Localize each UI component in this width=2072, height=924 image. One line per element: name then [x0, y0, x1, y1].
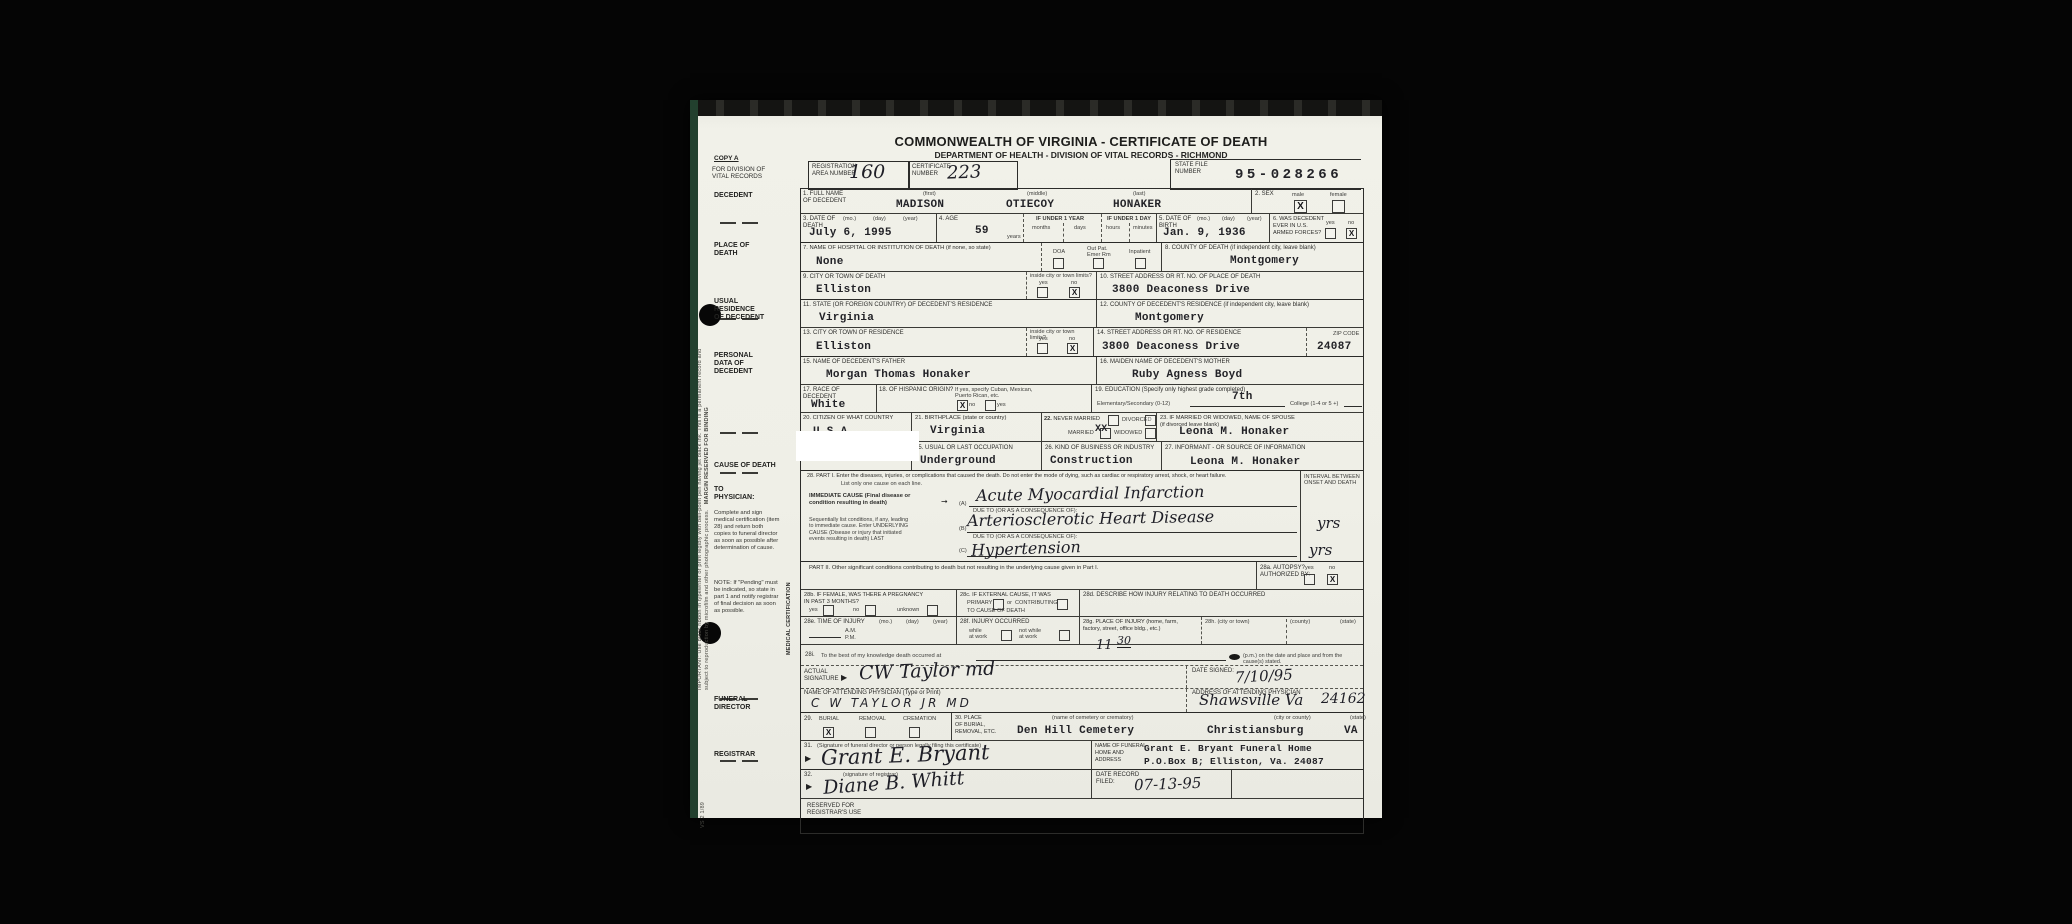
- funeral-home-name: Grant E. Bryant Funeral Home: [1144, 743, 1312, 754]
- armed-forces-label: 6. WAS DECEDENT EVER IN U.S. ARMED FORCE…: [1273, 216, 1324, 236]
- external-cause-label: 28c. IF EXTERNAL CAUSE, IT WAS: [960, 592, 1051, 599]
- field-date-filed: DATE RECORD FILED: 07-13-95: [1091, 770, 1231, 798]
- row-reserved: RESERVED FOR REGISTRAR'S USE: [801, 798, 1363, 833]
- row-residence-state: 11. STATE (OR FOREIGN COUNTRY) OF DECEDE…: [801, 299, 1363, 327]
- removal-sub: REMOVAL: [859, 716, 886, 722]
- limits-death-yes-sub: yes: [1039, 280, 1048, 286]
- mother-label: 16. MAIDEN NAME OF DECEDENT'S MOTHER: [1100, 359, 1230, 366]
- residence-state-label: 11. STATE (OR FOREIGN COUNTRY) OF DECEDE…: [803, 302, 992, 309]
- field-zip: ZIP CODE 24087: [1306, 328, 1363, 356]
- state-file-value: 95-028266: [1235, 167, 1342, 183]
- field-disposition: 29. BURIAL REMOVAL CREMATION X: [801, 713, 951, 740]
- form-code: VS 2 1/89: [700, 768, 707, 828]
- cause-c-value: Hypertension: [971, 537, 1081, 560]
- primary-sub: PRIMARY: [967, 600, 992, 606]
- pregnancy-unknown-checkbox: [927, 605, 938, 616]
- cremation-sub: CREMATION: [903, 716, 936, 722]
- burial-checkbox: X: [823, 727, 834, 738]
- pointer-icon: ▶: [806, 782, 812, 791]
- field-county-of-death: 8. COUNTY OF DEATH (if independent city,…: [1161, 243, 1363, 271]
- field-full-name: 1. FULL NAME OF DECEDENT (first) (middle…: [801, 189, 1251, 213]
- married-xx-mark: XX: [1095, 424, 1108, 435]
- first-name-value: MADISON: [896, 199, 944, 211]
- date-signed-value: 7/10/95: [1235, 665, 1294, 686]
- or-sub: or: [1007, 600, 1012, 606]
- field-sex: 2. SEX male female X: [1251, 189, 1363, 213]
- field-residence-city: 13. CITY OR TOWN OF RESIDENCE Elliston: [801, 328, 1026, 356]
- field-residence-county: 12. COUNTY OF DECEDENT'S RESIDENCE (if i…: [1096, 300, 1363, 327]
- field-birthplace: 21. BIRTHPLACE (state or country) Virgin…: [911, 413, 1041, 441]
- industry-value: Construction: [1050, 455, 1133, 467]
- part1-text2: List only one cause on each line.: [841, 481, 922, 487]
- under1day-label: IF UNDER 1 DAY: [1107, 216, 1151, 222]
- zip-label: ZIP CODE: [1333, 331, 1359, 337]
- never-married-checkbox: [1108, 415, 1119, 426]
- section-personal-data: PERSONAL DATA OF DECEDENT: [714, 352, 753, 376]
- limits-death-no-sub: no: [1071, 280, 1077, 286]
- burial-city-value: Christiansburg: [1207, 725, 1304, 737]
- cemetery-sub: (name of cemetery or crematory): [1052, 715, 1133, 721]
- last-sub: (last): [1133, 191, 1145, 197]
- hispanic-sub: If yes, specify Cuban, Mexican, Puerto R…: [955, 387, 1032, 400]
- burial-state-sub: (state): [1350, 715, 1366, 721]
- informant-label: 27. INFORMANT - OR SOURCE OF INFORMATION: [1165, 445, 1305, 452]
- field-occupation: 25. USUAL OR LAST OCCUPATION Underground: [911, 442, 1041, 470]
- injury-mo-sub: (mo.): [879, 619, 892, 625]
- row-race-education: 17. RACE OF DECEDENT White 18. OF HISPAN…: [801, 384, 1363, 412]
- statement-number: 28i.: [805, 652, 815, 659]
- limits-res-no-checkbox: X: [1067, 343, 1078, 354]
- row-signature: ACTUAL SIGNATURE ▶ CW Taylor md DATE SIG…: [801, 665, 1363, 688]
- residence-street-label: 14. STREET ADDRESS OR RT. NO. OF RESIDEN…: [1097, 330, 1241, 337]
- reserved-label: RESERVED FOR REGISTRAR'S USE: [807, 803, 861, 817]
- forces-yes-checkbox: [1325, 228, 1336, 239]
- autopsy-no-sub: no: [1329, 565, 1335, 571]
- row-burial: 29. BURIAL REMOVAL CREMATION X 30. PLACE…: [801, 712, 1363, 740]
- row-part2: PART II. Other significant conditions co…: [801, 561, 1363, 589]
- burial-city-sub: (city or county): [1274, 715, 1311, 721]
- city-death-value: Elliston: [816, 284, 871, 296]
- never-married-text: NEVER MARRIED: [1053, 416, 1100, 422]
- registration-area-box: REGISTRATION AREA NUMBER 160: [808, 161, 910, 190]
- pointer-icon: ▶: [805, 754, 811, 763]
- months-sub: months: [1032, 225, 1050, 231]
- birthplace-value: Virginia: [930, 425, 985, 437]
- never-married-sub: 22. NEVER MARRIED: [1044, 416, 1100, 423]
- injury-state-sub: (state): [1340, 619, 1356, 625]
- to-cause-sub: TO CAUSE OF DEATH: [967, 608, 1025, 614]
- field-city-limits-residence: inside city or town limits? yes no X: [1026, 328, 1093, 356]
- hospital-label: 7. NAME OF HOSPITAL OR INSTITUTION OF DE…: [803, 245, 991, 252]
- state-file-label: STATE FILE NUMBER: [1175, 162, 1208, 176]
- disposition-number: 29.: [804, 716, 812, 723]
- autopsy-yes-checkbox: [1304, 574, 1315, 585]
- residence-city-label: 13. CITY OR TOWN OF RESIDENCE: [803, 330, 904, 337]
- row-physician: NAME OF ATTENDING PHYSICIAN (Type or Pri…: [801, 688, 1363, 712]
- age-label: 4. AGE: [939, 216, 958, 223]
- hispanic-no-checkbox: X: [957, 400, 968, 411]
- interval-header: INTERVAL BETWEEN ONSET AND DEATH: [1300, 471, 1363, 489]
- place-burial-label: 30. PLACE OF BURIAL, REMOVAL, ETC.: [955, 715, 996, 735]
- occupation-label: 25. USUAL OR LAST OCCUPATION: [915, 445, 1013, 452]
- injury-year-sub: (year): [933, 619, 948, 625]
- contributing-checkbox: [1057, 599, 1068, 610]
- middle-sub: (middle): [1027, 191, 1047, 197]
- city-death-label: 9. CITY OR TOWN OF DEATH: [803, 274, 885, 281]
- row-city-of-death: 9. CITY OR TOWN OF DEATH Elliston inside…: [801, 271, 1363, 299]
- industry-label: 26. KIND OF BUSINESS OR INDUSTRY: [1045, 445, 1154, 452]
- scan-top-edge: [690, 100, 1382, 116]
- physician-signature: CW Taylor md: [859, 658, 996, 685]
- field-hispanic: 18. OF HISPANIC ORIGIN? If yes, specify …: [876, 385, 1091, 412]
- pregnancy-no-sub: no: [853, 607, 859, 613]
- injury-description-label: 28d. DESCRIBE HOW INJURY RELATING TO DEA…: [1083, 592, 1265, 599]
- field-father: 15. NAME OF DECEDENT'S FATHER Morgan Tho…: [801, 357, 1096, 384]
- field-informant: 27. INFORMANT - OR SOURCE OF INFORMATION…: [1161, 442, 1363, 470]
- field-pregnancy: 28b. IF FEMALE, WAS THERE A PREGNANCY IN…: [801, 590, 956, 616]
- registrar-sig-number: 32.: [804, 772, 812, 779]
- age-years-sub: years: [1007, 234, 1021, 240]
- county-death-value: Montgomery: [1230, 255, 1299, 267]
- dob-mo-sub: (mo.): [1197, 216, 1210, 222]
- age-value: 59: [975, 225, 989, 237]
- certificate-number-label: CERTIFICATE NUMBER: [912, 164, 951, 178]
- pm-sub: P.M.: [845, 635, 856, 641]
- field-funeral-home: NAME OF FUNERAL HOME AND ADDRESS Grant E…: [1091, 741, 1363, 769]
- not-at-work-sub: not while at work: [1019, 628, 1041, 641]
- section-funeral-director: FUNERAL DIRECTOR: [714, 696, 750, 712]
- section-residence: USUAL RESIDENCE OF DECEDENT: [714, 298, 764, 322]
- part2-text: PART II. Other significant conditions co…: [809, 565, 1239, 572]
- contributing-sub: CONTRIBUTING: [1015, 600, 1058, 606]
- sex-label: 2. SEX: [1255, 191, 1274, 198]
- section-registrar: REGISTRAR: [714, 751, 755, 759]
- field-education: 19. EDUCATION (Specify only highest grad…: [1091, 385, 1363, 412]
- dod-mo-sub: (mo.): [843, 216, 856, 222]
- arrow-icon: ➞: [941, 497, 948, 506]
- margin-rule: [720, 222, 758, 224]
- injury-county-sub: (county): [1290, 619, 1310, 625]
- forces-no-checkbox: X: [1346, 228, 1357, 239]
- place-injury-label: 28g. PLACE OF INJURY (home, farm, factor…: [1083, 619, 1178, 633]
- interval-label: INTERVAL BETWEEN ONSET AND DEATH: [1304, 474, 1360, 487]
- certificate-title: COMMONWEALTH OF VIRGINIA - CERTIFICATE O…: [800, 134, 1362, 149]
- male-checkbox: X: [1294, 200, 1307, 213]
- doa-checkbox: [1053, 258, 1064, 269]
- male-sub: male: [1292, 192, 1304, 198]
- residence-county-label: 12. COUNTY OF DECEDENT'S RESIDENCE (if i…: [1100, 302, 1309, 309]
- hours-sub: hours: [1106, 225, 1120, 231]
- not-at-work-checkbox: [1059, 630, 1070, 641]
- field-injury-location: 28h. (city or town) (county) (state): [1201, 617, 1363, 644]
- field-age: 4. AGE 59 years: [936, 214, 1023, 242]
- field-actual-signature: ACTUAL SIGNATURE ▶ CW Taylor md: [801, 666, 1186, 688]
- education-label: 19. EDUCATION (Specify only highest grad…: [1095, 387, 1245, 394]
- margin-rule: [720, 472, 758, 474]
- education-value: 7th: [1232, 391, 1253, 403]
- father-label: 15. NAME OF DECEDENT'S FATHER: [803, 359, 905, 366]
- widowed-checkbox: [1145, 428, 1156, 439]
- field-time-of-injury: 28e. TIME OF INJURY (mo.) (day) (year) A…: [801, 617, 956, 644]
- line-b-sub: (B): [959, 526, 966, 532]
- field-physician-name: NAME OF ATTENDING PHYSICIAN (Type or Pri…: [801, 689, 1186, 712]
- days-sub: days: [1074, 225, 1086, 231]
- first-sub: (first): [923, 191, 936, 197]
- hispanic-label: 18. OF HISPANIC ORIGIN?: [879, 387, 953, 394]
- citizen-label: 20. CITIZEN OF WHAT COUNTRY: [803, 415, 893, 422]
- burial-state-value: VA: [1344, 725, 1358, 737]
- middle-name-value: OTIECOY: [1006, 199, 1054, 211]
- copy-for-label: FOR DIVISION OF VITAL RECORDS: [712, 167, 765, 181]
- screenshot-root: { "document": { "copy": "COPY A", "copy_…: [0, 0, 2072, 924]
- time-injury-label: 28e. TIME OF INJURY: [804, 619, 865, 626]
- cause-c-cell: (C) Hypertension: [801, 543, 1300, 561]
- dob-value: Jan. 9, 1936: [1163, 227, 1246, 239]
- margin-important-text: IMPORTANT: Use black ribbon in typewrite…: [697, 349, 710, 690]
- certificate-form-grid: 1. FULL NAME OF DECEDENT (first) (middle…: [800, 188, 1364, 834]
- street-death-label: 10. STREET ADDRESS OR RT. NO. OF PLACE O…: [1100, 274, 1260, 281]
- limits-death-no-checkbox: X: [1069, 287, 1080, 298]
- row-place-of-death: 7. NAME OF HOSPITAL OR INSTITUTION OF DE…: [801, 242, 1363, 271]
- date-filed-label: DATE RECORD FILED:: [1096, 772, 1139, 786]
- interval-b-cell: yrs: [1300, 516, 1363, 543]
- injury-city-sub: 28h. (city or town): [1205, 619, 1249, 625]
- forces-no-sub: no: [1348, 220, 1354, 226]
- last-name-value: HONAKER: [1113, 199, 1161, 211]
- field-spouse: 23. IF MARRIED OR WIDOWED, NAME OF SPOUS…: [1156, 413, 1363, 441]
- residence-city-value: Elliston: [816, 341, 871, 353]
- county-death-label: 8. COUNTY OF DEATH (if independent city,…: [1165, 245, 1316, 252]
- field-industry: 26. KIND OF BUSINESS OR INDUSTRY Constru…: [1041, 442, 1161, 470]
- field-residence-street: 14. STREET ADDRESS OR RT. NO. OF RESIDEN…: [1093, 328, 1306, 356]
- limits-res-no-sub: no: [1069, 336, 1075, 342]
- education-college-sub: College (1-4 or 5 +): [1290, 401, 1338, 407]
- interval-b-value: yrs: [1317, 514, 1340, 532]
- field-mother: 16. MAIDEN NAME OF DECEDENT'S MOTHER Rub…: [1096, 357, 1363, 384]
- race-value: White: [811, 399, 846, 411]
- spouse-value: Leona M. Honaker: [1179, 426, 1289, 438]
- field-reserved: RESERVED FOR REGISTRAR'S USE: [801, 799, 1363, 833]
- inpatient-checkbox: [1135, 258, 1146, 269]
- injury-day-sub: (day): [906, 619, 919, 625]
- removal-checkbox: [865, 727, 876, 738]
- limits-res-yes-checkbox: [1037, 343, 1048, 354]
- physician-zip-value: 24162: [1321, 691, 1366, 707]
- field22-number: 22.: [1044, 416, 1053, 422]
- part2-cell: PART II. Other significant conditions co…: [801, 562, 1256, 589]
- physician-name-value: C W TAYLOR JR MD: [811, 696, 972, 710]
- field-under-1-year: IF UNDER 1 YEAR months days: [1023, 214, 1101, 242]
- am-sub: A.M.: [845, 628, 857, 634]
- interval-c-cell: yrs: [1300, 543, 1363, 561]
- dod-year-sub: (year): [903, 216, 918, 222]
- injury-occurred-label: 28f. INJURY OCCURRED: [960, 619, 1029, 626]
- dob-day-sub: (day): [1222, 216, 1235, 222]
- education-elem-sub: Elementary/Secondary (0-12): [1097, 401, 1170, 407]
- physician-instructions: Complete and sign medical certification …: [714, 510, 780, 552]
- field-date-of-birth: 5. DATE OF BIRTH (mo.) (day) (year) Jan.…: [1156, 214, 1269, 242]
- section-to-physician: TO PHYSICIAN:: [714, 486, 754, 502]
- pointer-icon: ▶: [841, 673, 847, 682]
- margin-binding-text: IMPORTANT: Use black ribbon in typewrite…: [697, 340, 711, 690]
- field-residence-state: 11. STATE (OR FOREIGN COUNTRY) OF DECEDE…: [801, 300, 1096, 327]
- birthplace-label: 21. BIRTHPLACE (state or country): [915, 415, 1006, 422]
- minutes-sub: minutes: [1133, 225, 1153, 231]
- street-death-value: 3800 Deaconess Drive: [1112, 284, 1250, 296]
- dod-day-sub: (day): [873, 216, 886, 222]
- am-strikeout-mark: [1229, 654, 1240, 660]
- certificate-number-box: CERTIFICATE NUMBER 223: [908, 161, 1018, 190]
- date-signed-label: DATE SIGNED:: [1192, 668, 1234, 675]
- residence-county-value: Montgomery: [1135, 312, 1204, 324]
- row-cause-b: Sequentially list conditions, if any, le…: [801, 516, 1363, 543]
- part1-text: 28. PART I. Enter the diseases, injuries…: [807, 473, 1293, 480]
- redaction-box: [796, 431, 919, 461]
- statement-suffix: (p.m.) on the date and place and from th…: [1243, 653, 1363, 666]
- row-parents: 15. NAME OF DECEDENT'S FATHER Morgan Tho…: [801, 356, 1363, 384]
- certificate-number-value: 223: [947, 161, 982, 183]
- autopsy-no-checkbox: X: [1327, 574, 1338, 585]
- cause-a-value: Acute Myocardial Infarction: [976, 482, 1205, 505]
- under1yr-label: IF UNDER 1 YEAR: [1036, 216, 1084, 222]
- field-place-of-burial: 30. PLACE OF BURIAL, REMOVAL, ETC. (name…: [951, 713, 1363, 740]
- registration-area-value: 160: [849, 161, 885, 183]
- pregnancy-yes-checkbox: [823, 605, 834, 616]
- dod-value: July 6, 1995: [809, 227, 892, 239]
- field-autopsy: 28a. AUTOPSY? AUTHORIZED BY: yes no X: [1256, 562, 1363, 589]
- medical-certification-label: MEDICAL CERTIFICATION: [786, 540, 793, 655]
- forces-yes-sub: yes: [1326, 220, 1335, 226]
- row-full-name: 1. FULL NAME OF DECEDENT (first) (middle…: [801, 189, 1363, 213]
- field-registrar-empty: [1231, 770, 1363, 798]
- at-work-checkbox: [1001, 630, 1012, 641]
- limits-res-yes-sub: yes: [1039, 336, 1048, 342]
- death-time-hour: 11: [1096, 638, 1113, 653]
- hispanic-no-sub: no: [969, 402, 975, 408]
- field-funeral-signature: 31. (Signature of funeral director or pe…: [801, 741, 1091, 769]
- limits-death-sub: inside city or town limits?: [1030, 273, 1092, 279]
- field-under-1-day: IF UNDER 1 DAY hours minutes: [1101, 214, 1156, 242]
- margin-rule: [720, 760, 758, 762]
- row-registrar: 32. (signature of registrar) ▶ Diane B. …: [801, 769, 1363, 798]
- pregnancy-unknown-sub: unknown: [897, 607, 919, 613]
- field-street-of-death: 10. STREET ADDRESS OR RT. NO. OF PLACE O…: [1096, 272, 1363, 299]
- outpat-sub: Out Pat. Emer Rm: [1087, 246, 1111, 259]
- field-injury-occurred: 28f. INJURY OCCURRED while at work not w…: [956, 617, 1079, 644]
- informant-value: Leona M. Honaker: [1190, 456, 1300, 468]
- female-sub: female: [1330, 192, 1347, 198]
- autopsy-label: 28a. AUTOPSY? AUTHORIZED BY:: [1260, 565, 1310, 579]
- full-name-label: 1. FULL NAME OF DECEDENT: [803, 191, 846, 205]
- field-injury-description: 28d. DESCRIBE HOW INJURY RELATING TO DEA…: [1079, 590, 1363, 616]
- female-checkbox: [1332, 200, 1345, 213]
- death-time-minutes: 30: [1117, 634, 1131, 648]
- residence-street-value: 3800 Deaconess Drive: [1102, 341, 1240, 353]
- row-funeral-director: 31. (Signature of funeral director or pe…: [801, 740, 1363, 769]
- field-city-of-death: 9. CITY OR TOWN OF DEATH Elliston: [801, 272, 1026, 299]
- cremation-checkbox: [909, 727, 920, 738]
- pregnancy-yes-sub: yes: [809, 607, 818, 613]
- field-registrar-signature: 32. (signature of registrar) ▶ Diane B. …: [801, 770, 1091, 798]
- hospital-value: None: [816, 256, 844, 268]
- father-value: Morgan Thomas Honaker: [826, 369, 971, 381]
- section-cause-of-death: CAUSE OF DEATH: [714, 462, 776, 470]
- field-date-of-death: 3. DATE OF DEATH (mo.) (day) (year) July…: [801, 214, 936, 242]
- widowed-sub: WIDOWED: [1114, 430, 1142, 436]
- doa-sub: DOA: [1053, 249, 1065, 255]
- married-sub: MARRIED: [1068, 430, 1094, 436]
- divorced-checkbox: [1145, 415, 1156, 426]
- pregnancy-no-checkbox: [865, 605, 876, 616]
- row-residence-city: 13. CITY OR TOWN OF RESIDENCE Elliston i…: [801, 327, 1363, 356]
- zip-value: 24087: [1317, 341, 1352, 353]
- limits-death-yes-checkbox: [1037, 287, 1048, 298]
- field-race: 17. RACE OF DECEDENT White: [801, 385, 876, 412]
- row-date-of-death: 3. DATE OF DEATH (mo.) (day) (year) July…: [801, 213, 1363, 242]
- section-place-of-death: PLACE OF DEATH: [714, 242, 749, 258]
- immediate-cause-label: IMMEDIATE CAUSE (Final disease or condit…: [809, 493, 910, 507]
- field-physician-address: ADDRESS OF ATTENDING PHYSICIAN Shawsvill…: [1186, 689, 1363, 712]
- pending-note: NOTE: If "Pending" must be indicated, so…: [714, 580, 780, 615]
- funeral-home-address: P.O.Box B; Elliston, Va. 24087: [1144, 756, 1324, 767]
- copy-label: COPY A: [714, 155, 739, 163]
- residence-state-value: Virginia: [819, 312, 874, 324]
- line-c-sub: (C): [959, 548, 967, 554]
- underlying-cause-label: Sequentially list conditions, if any, le…: [809, 517, 908, 542]
- dob-year-sub: (year): [1247, 216, 1262, 222]
- physician-address-value: Shawsville Va: [1199, 691, 1303, 709]
- row-28e: 28e. TIME OF INJURY (mo.) (day) (year) A…: [801, 616, 1363, 644]
- field-armed-forces: 6. WAS DECEDENT EVER IN U.S. ARMED FORCE…: [1269, 214, 1363, 242]
- cemetery-value: Den Hill Cemetery: [1017, 725, 1134, 737]
- field-marital-status: 22. NEVER MARRIED DIVORCED MARRIED XX WI…: [1041, 413, 1156, 441]
- line-a-sub: (A): [959, 501, 966, 507]
- interval-a-cell: [1300, 489, 1363, 516]
- row-28b: 28b. IF FEMALE, WAS THERE A PREGNANCY IN…: [801, 589, 1363, 616]
- outpat-checkbox: [1093, 258, 1104, 269]
- field-hospital: 7. NAME OF HOSPITAL OR INSTITUTION OF DE…: [801, 243, 1161, 271]
- field-date-signed: DATE SIGNED: 7/10/95: [1186, 666, 1363, 688]
- actual-signature-label: ACTUAL SIGNATURE: [804, 669, 839, 683]
- section-decedent: DECEDENT: [714, 192, 753, 200]
- state-file-box: STATE FILE NUMBER 95-028266: [1170, 159, 1361, 190]
- field-city-limits-death: inside city or town limits? yes no X: [1026, 272, 1096, 299]
- occupation-value: Underground: [920, 455, 996, 467]
- statement-text: To the best of my knowledge death occurr…: [821, 653, 941, 659]
- pregnancy-label: 28b. IF FEMALE, WAS THERE A PREGNANCY IN…: [804, 592, 923, 606]
- at-work-sub: while at work: [969, 628, 987, 641]
- autopsy-yes-sub: yes: [1305, 565, 1314, 571]
- funeral-director-signature: Grant E. Bryant: [821, 740, 990, 770]
- row-cause-c: (C) Hypertension yrs: [801, 543, 1363, 561]
- field-external-cause: 28c. IF EXTERNAL CAUSE, IT WAS PRIMARY o…: [956, 590, 1079, 616]
- hispanic-yes-checkbox: [985, 400, 996, 411]
- funeral-home-label: NAME OF FUNERAL HOME AND ADDRESS: [1095, 743, 1146, 763]
- date-filed-value: 07-13-95: [1134, 774, 1202, 794]
- burial-sub: BURIAL: [819, 716, 839, 722]
- interval-c-value: yrs: [1309, 541, 1332, 559]
- inpatient-sub: Inpatient: [1129, 249, 1150, 255]
- margin-binding-label: MARGIN RESERVED FOR BINDING: [704, 407, 710, 504]
- death-certificate-scan: IMPORTANT: Use black ribbon in typewrite…: [690, 100, 1382, 818]
- hispanic-yes-sub: yes: [997, 402, 1006, 408]
- margin-rule: [720, 432, 758, 434]
- cause-b-value: Arteriosclerotic Heart Disease: [967, 507, 1214, 530]
- mother-value: Ruby Agness Boyd: [1132, 369, 1242, 381]
- funeral-sig-number: 31.: [804, 743, 812, 750]
